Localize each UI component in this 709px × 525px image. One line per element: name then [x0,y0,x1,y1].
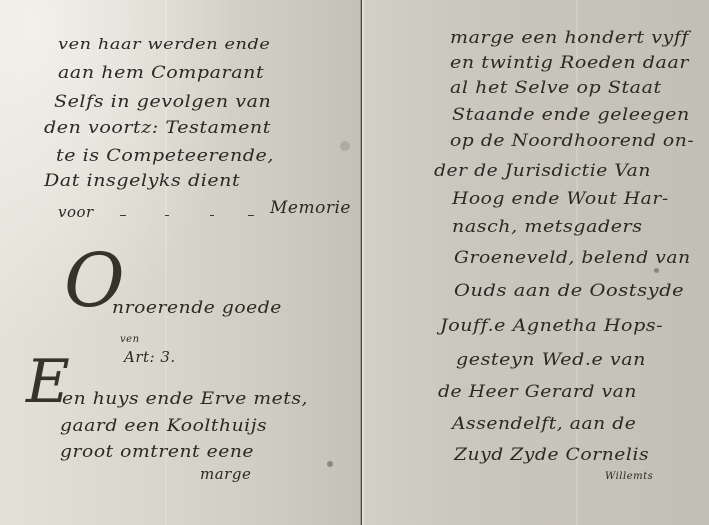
right-line-8: nasch, metsgaders [452,219,643,236]
catchword-right: Willemts [605,472,653,482]
catchword-left: marge [200,467,251,482]
right-line-7: Hoog ende Wout Har- [452,191,669,208]
filler-dash [210,215,214,216]
left-line-1: ven haar werden ende [58,37,270,52]
heading-text: nroerende goede [112,300,282,317]
right-line-4: Staande ende geleegen [452,107,690,124]
left-line-3: Selfs in gevolgen van [54,94,271,111]
ink-spot [327,461,333,467]
right-line-1: marge een hondert vyff [450,30,689,47]
heading-sub: ven [120,335,140,345]
ink-spot [654,268,659,273]
right-line-9: Groeneveld, belend van [454,250,691,267]
right-line-13: de Heer Gerard van [438,384,637,401]
left-line-6: Dat insgelyks dient [44,173,240,190]
memorie-label: Memorie [270,200,351,217]
paragraph-line-3: groot omtrent eene [60,444,254,461]
right-line-14: Assendelft, aan de [452,416,636,433]
right-line-3: al het Selve op Staat [450,80,662,97]
filler-dash [248,215,254,216]
manuscript-spread: ven haar werden ende aan hem Comparant S… [0,0,709,525]
left-page: ven haar werden ende aan hem Comparant S… [0,0,361,525]
paper-edge [362,0,364,525]
right-line-6: der de Jurisdictie Van [434,163,651,180]
paragraph-line-2: gaard een Koolthuijs [60,418,267,435]
left-line-7: voor [58,205,94,220]
left-line-2: aan hem Comparant [58,65,264,82]
right-page: marge een hondert vyff en twintig Roeden… [362,0,709,525]
right-line-10: Ouds aan de Oostsyde [454,283,684,300]
right-line-12: gesteyn Wed.e van [456,352,646,369]
right-line-11: Jouff.e Agnetha Hops- [440,318,663,335]
right-line-2: en twintig Roeden daar [450,55,689,72]
left-line-5: te is Competeerende, [56,148,274,165]
paragraph-line-1: en huys ende Erve mets, [62,391,308,408]
filler-dash [120,215,126,216]
paper-stain [340,141,350,151]
article-number: Art: 3. [124,350,176,365]
right-line-15: Zuyd Zyde Cornelis [454,447,649,464]
left-line-4: den voortz: Testament [44,120,271,137]
filler-dash [165,215,169,216]
right-line-5: op de Noordhoorend on- [450,133,694,150]
